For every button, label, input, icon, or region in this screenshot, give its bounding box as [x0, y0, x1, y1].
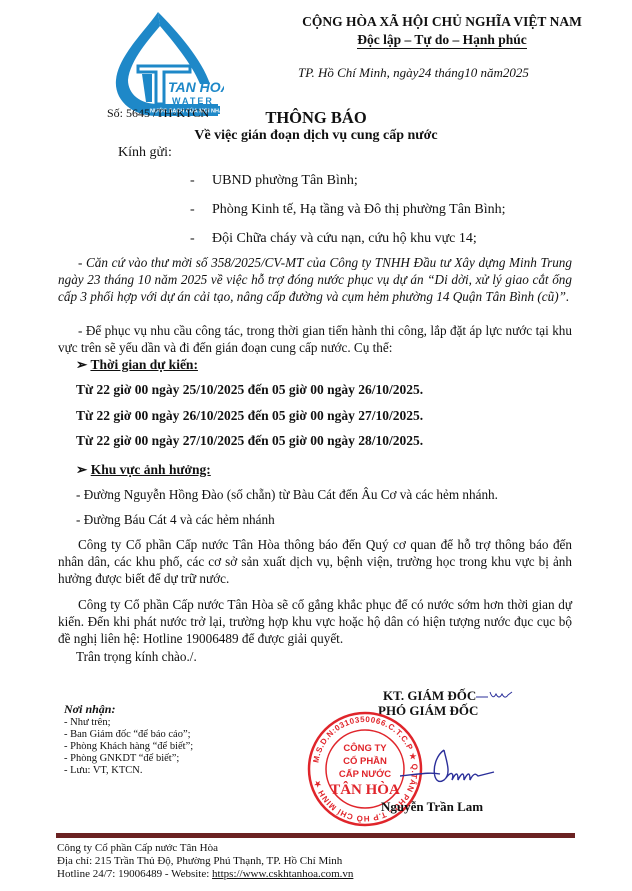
schedule-item: Từ 22 giờ 00 ngày 25/10/2025 đến 05 giờ …: [76, 381, 423, 398]
schedule-heading: ➢ Thời gian dự kiến:: [76, 356, 198, 373]
recipient-dash: -: [190, 172, 212, 190]
schedule-heading-label: Thời gian dự kiến:: [90, 357, 198, 372]
footer-contact: Hotline 24/7: 19006489 - Website: https:…: [57, 868, 353, 881]
recipient-text: UBND phường Tân Bình;: [212, 173, 358, 188]
footer-company: Công ty Cổ phần Cấp nước Tân Hòa: [57, 842, 218, 855]
distribution-title: Nơi nhận:: [64, 702, 115, 716]
company-logo: TAN HOA WATER NƯỚC SẠCH CỦA MỌI NHÀ: [106, 8, 224, 120]
svg-text:CẤP NƯỚC: CẤP NƯỚC: [339, 768, 391, 780]
recipient-item: -UBND phường Tân Bình;: [190, 172, 358, 190]
distribution-item: - Ban Giám đốc “để báo cáo”;: [64, 729, 191, 742]
recipient-text: Đội Chữa cháy và cứu nạn, cứu hộ khu vực…: [212, 231, 477, 246]
signer-name: Nguyễn Trần Lam: [381, 799, 483, 815]
footer-hotline: Hotline 24/7: 19006489 - Website:: [57, 868, 212, 880]
website-link[interactable]: https://www.cskhtanhoa.com.vn: [212, 868, 353, 880]
schedule-item: Từ 22 giờ 00 ngày 27/10/2025 đến 05 giờ …: [76, 432, 423, 449]
national-title: CỘNG HÒA XÃ HỘI CHỦ NGHĨA VIỆT NAM: [292, 14, 592, 30]
arrow-bullet-icon: ➢: [76, 357, 87, 372]
svg-text:TAN HOA: TAN HOA: [168, 79, 224, 95]
signature-title-line1: KT. GIÁM ĐỐC: [383, 688, 476, 704]
area-item: - Đường Báu Cát 4 và các hẻm nhánh: [76, 511, 275, 528]
recipient-item: -Đội Chữa cháy và cứu nạn, cứu hộ khu vự…: [190, 230, 477, 248]
svg-text:WATER: WATER: [172, 96, 214, 106]
footer-address: Địa chỉ: 215 Trần Thủ Độ, Phường Phú Thạ…: [57, 855, 342, 868]
document-subtitle: Về việc gián đoạn dịch vụ cung cấp nước: [0, 127, 632, 145]
national-motto: Độc lập – Tự do – Hạnh phúc: [292, 32, 592, 48]
recipient-item: -Phòng Kinh tế, Hạ tầng và Đô thị phường…: [190, 201, 506, 219]
date-line: TP. Hồ Chí Minh, ngày24 tháng10 năm2025: [298, 65, 529, 81]
footer-divider: [56, 833, 575, 838]
notice-paragraph: Công ty Cổ phần Cấp nước Tân Hòa thông b…: [58, 536, 572, 587]
area-heading-label: Khu vực ảnh hưởng:: [91, 462, 211, 477]
initials-mark-icon: [474, 688, 516, 702]
basis-paragraph: - Căn cứ vào thư mời số 358/2025/CV-MT c…: [58, 254, 572, 305]
commitment-paragraph: Công ty Cổ phần Cấp nước Tân Hòa sẽ cố g…: [58, 596, 572, 647]
distribution-item: - Lưu: VT, KTCN.: [64, 765, 143, 778]
handwritten-signature-icon: [400, 740, 500, 800]
schedule-item: Từ 22 giờ 00 ngày 26/10/2025 đến 05 giờ …: [76, 407, 423, 424]
recipient-dash: -: [190, 201, 212, 219]
distribution-item: - Như trên;: [64, 717, 111, 730]
distribution-item: - Phòng GNKDT “để biết”;: [64, 753, 179, 766]
recipient-dash: -: [190, 230, 212, 248]
area-heading: ➢ Khu vực ảnh hưởng:: [76, 461, 211, 478]
purpose-paragraph: - Để phục vụ nhu cầu công tác, trong thờ…: [58, 322, 572, 356]
svg-text:CÔNG TY: CÔNG TY: [343, 742, 387, 754]
svg-text:TÂN HÒA: TÂN HÒA: [330, 781, 400, 798]
arrow-bullet-icon: ➢: [76, 462, 87, 477]
svg-text:CỔ PHẦN: CỔ PHẦN: [343, 755, 387, 767]
distribution-item: - Phòng Khách hàng “để biết”;: [64, 741, 193, 754]
closing-line: Trân trọng kính chào./.: [76, 648, 197, 665]
document-title: THÔNG BÁO: [0, 108, 632, 128]
recipient-text: Phòng Kinh tế, Hạ tầng và Đô thị phường …: [212, 202, 506, 217]
national-motto-text: Độc lập – Tự do – Hạnh phúc: [357, 32, 527, 49]
greeting: Kính gửi:: [118, 144, 172, 162]
water-drop-logo-icon: TAN HOA WATER NƯỚC SẠCH CỦA MỌI NHÀ: [106, 8, 224, 120]
area-item: - Đường Nguyễn Hồng Đào (số chẵn) từ Bàu…: [76, 486, 498, 503]
